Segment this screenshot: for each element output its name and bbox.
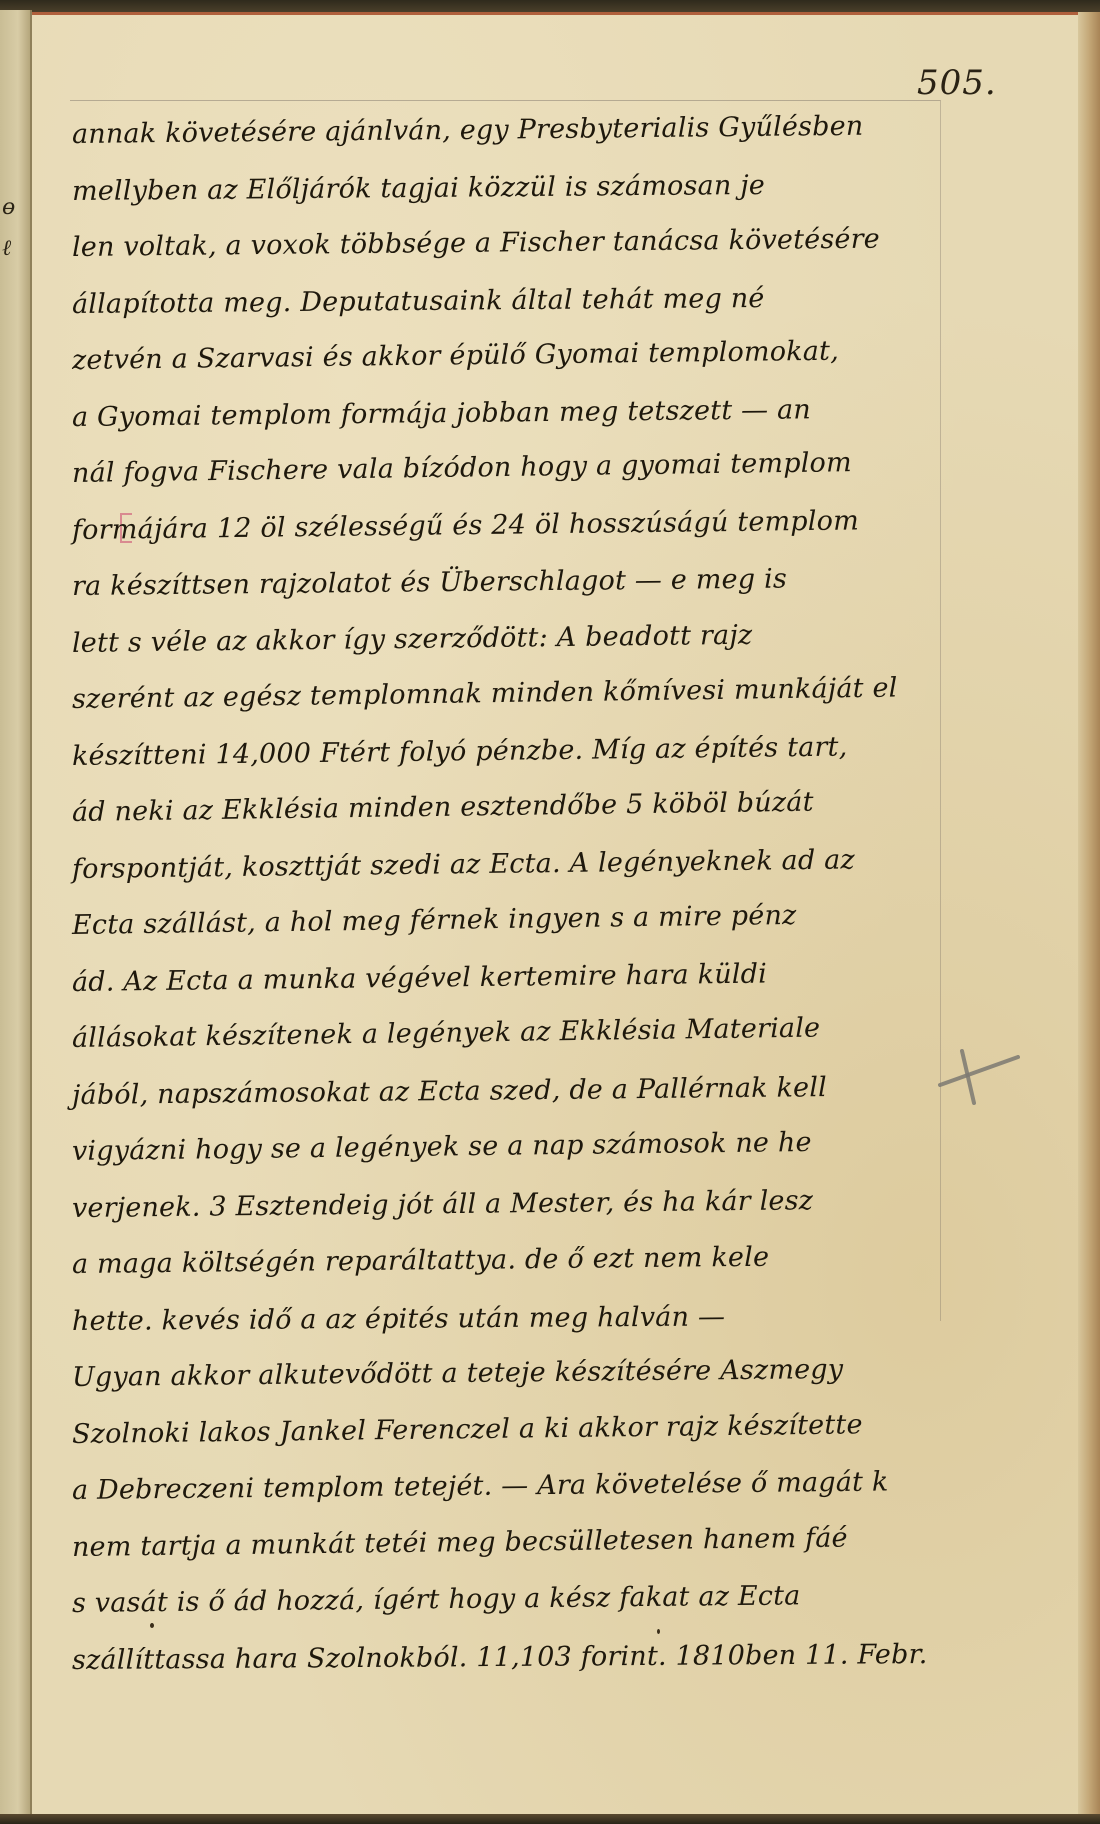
text-line: nem tartja a munkát tetéi meg becsüllete…	[72, 1509, 953, 1576]
text-line: nál fogva Fischere vala bízódon hogy a g…	[72, 434, 953, 503]
manuscript-page: 505. annak követésére ajánlván, egy Pres…	[32, 12, 1080, 1817]
text-line: szállíttassa hara Szolnokból. 11,103 for…	[72, 1626, 952, 1689]
text-line: a maga költségén reparáltattya. de ő ezt…	[72, 1228, 953, 1294]
text-line: Ugyan akkor alkutevődött a teteje készít…	[72, 1341, 953, 1407]
book-bottom-edge	[0, 1814, 1100, 1824]
text-line: len voltak, a voxok többsége a Fischer t…	[72, 211, 953, 277]
text-line: szerént az egész templomnak minden kőmív…	[72, 660, 953, 729]
handwritten-text-block: annak követésére ajánlván, egy Presbyter…	[72, 107, 952, 1689]
pencil-cross-mark-icon	[932, 1045, 1022, 1105]
text-line: ra készíttsen rajzolatot és Überschlagot…	[72, 550, 953, 616]
facing-page-fragment: ℓ	[2, 235, 11, 261]
text-line: mellyben az Előljárók tagjai közzül is s…	[72, 156, 952, 220]
facing-page-edge: ɵ ℓ	[0, 10, 32, 1816]
text-line: s vasát is ő ád hozzá, ígért hogy a kész…	[72, 1567, 953, 1633]
text-line: formájára 12 öl szélességű és 24 öl hoss…	[72, 492, 953, 559]
text-line: a Debreczeni templom tetejét. — Ara köve…	[72, 1454, 953, 1520]
book-top-edge	[0, 0, 1100, 12]
text-line: zetvén a Szarvasi és akkor épülő Gyomai …	[72, 322, 953, 389]
text-line: Szolnoki lakos Jankel Ferenczel a ki akk…	[72, 1396, 953, 1463]
text-line: hette. kevés idő a az épités után meg ha…	[72, 1287, 952, 1350]
page-number: 505.	[917, 63, 997, 103]
text-line: Ecta szállást, a hol meg férnek ingyen s…	[72, 886, 953, 955]
facing-page-fragment: ɵ	[2, 195, 15, 220]
paper-speck	[150, 1623, 154, 1628]
text-line: ád neki az Ekklésia minden esztendőbe 5 …	[72, 773, 953, 842]
text-line: vigyázni hogy se a legények se a nap szá…	[72, 1113, 953, 1180]
page-fore-edge	[1078, 12, 1100, 1814]
paper-speck	[657, 1629, 660, 1634]
text-line: annak követésére ajánlván, egy Presbyter…	[72, 98, 953, 164]
text-line: állásokat készítenek a legények az Ekklé…	[72, 999, 953, 1068]
text-line: verjenek. 3 Esztendeig jót áll a Mester,…	[72, 1171, 953, 1237]
